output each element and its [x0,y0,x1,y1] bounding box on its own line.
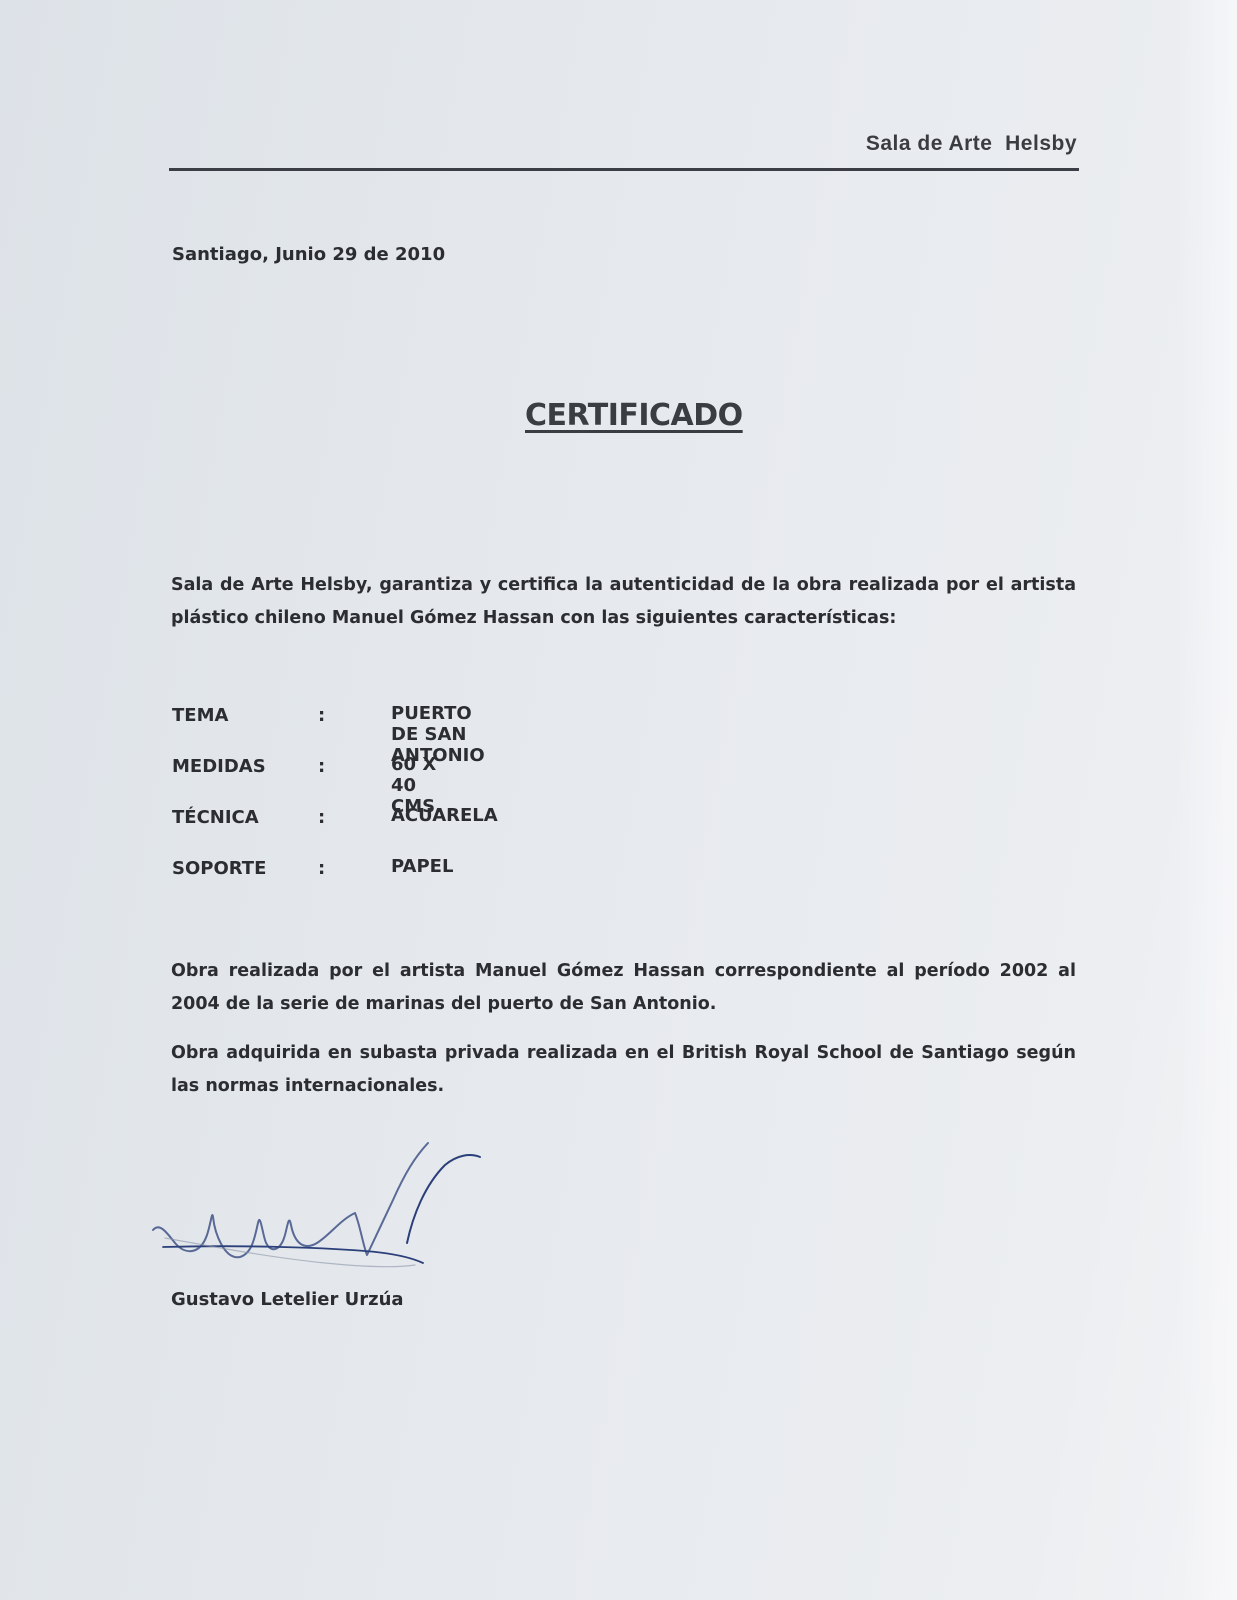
field-value: PAPEL [391,856,453,877]
field-value: ACUARELA [391,805,498,826]
field-label: TÉCNICA [172,807,259,828]
paper-shading [1177,0,1237,1600]
certificate-page: Sala de Arte Helsby Santiago, Junio 29 d… [0,0,1237,1600]
field-label: TEMA [172,705,228,726]
organization-header: Sala de Arte Helsby [866,132,1077,156]
signature-icon [145,1135,485,1305]
signer-name: Gustavo Letelier Urzúa [171,1289,404,1310]
field-label: MEDIDAS [172,756,266,777]
field-separator: : [318,705,325,726]
period-paragraph: Obra realizada por el artista Manuel Góm… [171,955,1076,1021]
intro-paragraph: Sala de Arte Helsby, garantiza y certifi… [171,569,1076,635]
document-date: Santiago, Junio 29 de 2010 [172,244,445,265]
document-title: CERTIFICADO [525,398,743,433]
acquisition-paragraph: Obra adquirida en subasta privada realiz… [171,1037,1076,1103]
field-separator: : [318,858,325,879]
field-separator: : [318,756,325,777]
field-separator: : [318,807,325,828]
header-divider [169,168,1079,171]
field-label: SOPORTE [172,858,266,879]
